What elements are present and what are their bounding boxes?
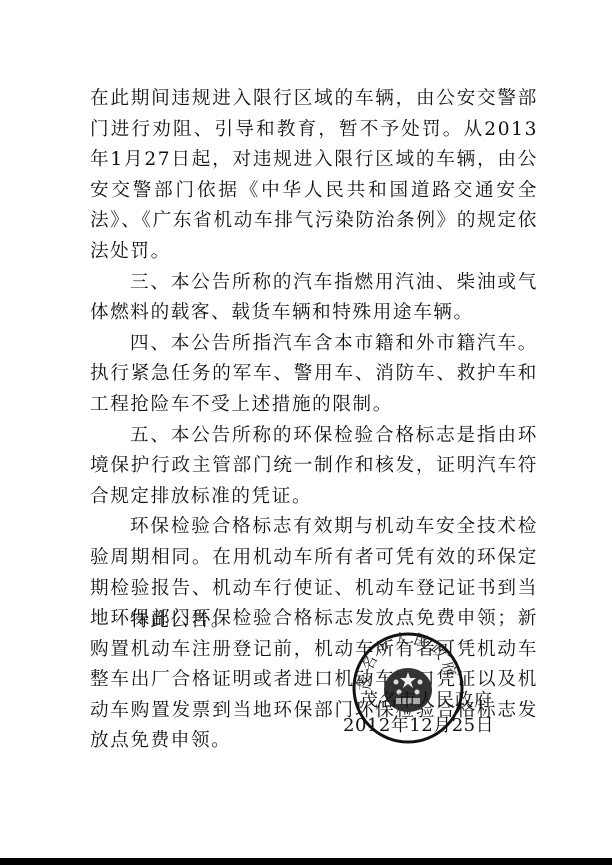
- signature-text: 茂名市人民政府: [360, 686, 493, 712]
- document-body: 在此期间违规进入限行区域的车辆，由公安交警部门进行劝阻、引导和教育，暂不予处罚。…: [90, 84, 538, 757]
- paragraph-3: 四、本公告所指汽车含本市籍和外市籍汽车。执行紧急任务的军车、警用车、消防车、救护…: [90, 329, 538, 421]
- paragraph-2: 三、本公告所称的汽车指燃用汽油、柴油或气体燃料的载客、载货车辆和特殊用途车辆。: [90, 268, 538, 329]
- paragraph-4: 五、本公告所称的环保检验合格标志是指由环境保护行政主管部门统一制作和核发，证明汽…: [90, 421, 538, 513]
- paragraph-1: 在此期间违规进入限行区域的车辆，由公安交警部门进行劝阻、引导和教育，暂不予处罚。…: [90, 84, 538, 268]
- document-page: 在此期间违规进入限行区域的车辆，由公安交警部门进行劝阻、引导和教育，暂不予处罚。…: [0, 0, 612, 865]
- date-text: 2012年12月25日: [343, 711, 494, 737]
- scan-border: [0, 858, 612, 865]
- closing-text: 特此公告。: [130, 606, 231, 632]
